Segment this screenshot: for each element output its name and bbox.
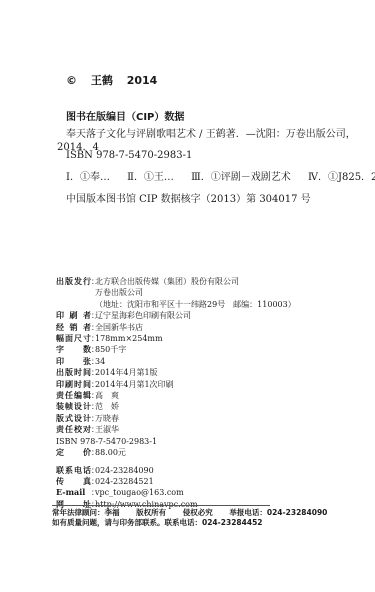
phone-value: 024-23284090 <box>95 465 154 476</box>
isbn-value: ISBN 978-7-5470-2983-1 <box>56 436 157 447</box>
cip-entry-line1: 奉天落子文化与评剧歌唱艺术 / 王鹤著．—沈阳：万卷出版公司， <box>66 125 356 140</box>
cip-title: 图书在版编目（CIP）数据 <box>66 108 184 123</box>
editor-row: 责任编辑：高 爽 <box>56 390 296 401</box>
print-date-label: 印刷时间 <box>56 379 91 390</box>
isbn-row: ISBN 978-7-5470-2983-1 <box>56 436 296 447</box>
sheets-value: 34 <box>95 356 105 367</box>
copyright-year: 2014 <box>127 74 158 87</box>
fax-row: 传 真：024-23284521 <box>56 476 296 487</box>
printer-value: 辽宁星海彩色印刷有限公司 <box>95 310 191 321</box>
email-row: E-mail：vpc_tougao@163.com <box>56 487 296 498</box>
phone-row: 联系电话：024-23284090 <box>56 465 296 476</box>
word-count-row: 字 数：850千字 <box>56 344 296 355</box>
cip-class-1: Ⅰ．①奉… <box>66 172 110 183</box>
cip-approval-number: 中国版本图书馆 CIP 数据核字（2013）第 304017 号 <box>66 190 311 205</box>
distributor-label: 经 销 者 <box>56 322 91 333</box>
publisher-address: （地址：沈阳市和平区十一纬路29号 邮编：110003） <box>95 299 296 310</box>
print-date-value: 2014年4月第1次印刷 <box>95 379 174 390</box>
copyright-line: © 王鹤 2014 <box>66 72 167 88</box>
cip-class-4: Ⅳ．①J825．22 <box>308 172 375 183</box>
publish-date-row: 出版时间：2014年4月第1版 <box>56 367 296 378</box>
distributor-row: 经 销 者：全国新华书店 <box>56 322 296 333</box>
footer-notice: 常年法律顾问：李福 版权所有 侵权必究 举报电话：024-23284090 如有… <box>52 508 341 528</box>
publisher-label: 出版发行 <box>56 276 91 287</box>
price-value: 88.00元 <box>95 447 126 458</box>
word-count-label: 字 数 <box>56 344 91 355</box>
piracy-notice: 侵权必究 <box>183 508 213 517</box>
print-date-row: 印刷时间：2014年4月第1次印刷 <box>56 379 296 390</box>
cip-classification: Ⅰ．①奉… Ⅱ．①王… Ⅲ．①评剧－戏剧艺术 Ⅳ．①J825．22 <box>66 168 375 183</box>
cover-design-row: 装帧设计：范 娇 <box>56 401 296 412</box>
printer-label: 印 刷 者 <box>56 310 91 321</box>
publication-info: 出版发行： 北方联合出版传媒（集团）股份有限公司 万卷出版公司 （地址：沈阳市和… <box>56 276 296 510</box>
fax-value: 024-23284521 <box>95 476 154 487</box>
rights-reserved: 版权所有 <box>136 508 166 517</box>
legal-advisor: 常年法律顾问：李福 <box>52 508 120 517</box>
printer-row: 印 刷 者：辽宁星海彩色印刷有限公司 <box>56 310 296 321</box>
price-label: 定 价 <box>56 447 91 458</box>
copyright-symbol: © <box>66 74 77 87</box>
price-row: 定 价：88.00元 <box>56 447 296 458</box>
page-size-row: 幅面尺寸：178mm×254mm <box>56 333 296 344</box>
editor-value: 高 爽 <box>95 390 119 401</box>
page-size-value: 178mm×254mm <box>95 333 163 344</box>
email-link[interactable]: vpc_tougao@163.com <box>95 487 184 498</box>
editor-label: 责任编辑 <box>56 390 91 401</box>
proofreader-row: 责任校对：王淑华 <box>56 424 296 435</box>
fax-label: 传 真 <box>56 476 91 487</box>
cip-class-2: Ⅱ．①王… <box>127 172 174 183</box>
phone-label: 联系电话 <box>56 465 91 476</box>
layout-design-value: 万晓春 <box>95 413 119 424</box>
publisher-imprint: 万卷出版公司 <box>95 287 143 298</box>
publish-date-label: 出版时间 <box>56 367 91 378</box>
cover-design-label: 装帧设计 <box>56 401 91 412</box>
report-phone: 举报电话：024-23284090 <box>229 508 327 517</box>
separator-line <box>52 505 270 506</box>
email-label: E-mail <box>56 487 91 498</box>
publisher-row: 出版发行： 北方联合出版传媒（集团）股份有限公司 <box>56 276 296 287</box>
sheets-label: 印 张 <box>56 356 91 367</box>
proofreader-label: 责任校对 <box>56 424 91 435</box>
quality-notice: 如有质量问题，请与印务部联系。联系电话：024-23284452 <box>52 518 341 528</box>
layout-design-row: 版式设计：万晓春 <box>56 413 296 424</box>
cip-class-3: Ⅲ．①评剧－戏剧艺术 <box>191 172 291 183</box>
publish-date-value: 2014年4月第1版 <box>95 367 158 378</box>
sheets-row: 印 张：34 <box>56 356 296 367</box>
proofreader-value: 王淑华 <box>95 424 119 435</box>
cover-design-value: 范 娇 <box>95 401 119 412</box>
publisher-name: 北方联合出版传媒（集团）股份有限公司 <box>95 276 239 287</box>
distributor-value: 全国新华书店 <box>95 322 143 333</box>
page-size-label: 幅面尺寸 <box>56 333 91 344</box>
word-count-value: 850千字 <box>95 344 126 355</box>
copyright-holder: 王鹤 <box>91 74 113 87</box>
layout-design-label: 版式设计 <box>56 413 91 424</box>
cip-isbn: ISBN 978-7-5470-2983-1 <box>66 150 192 161</box>
